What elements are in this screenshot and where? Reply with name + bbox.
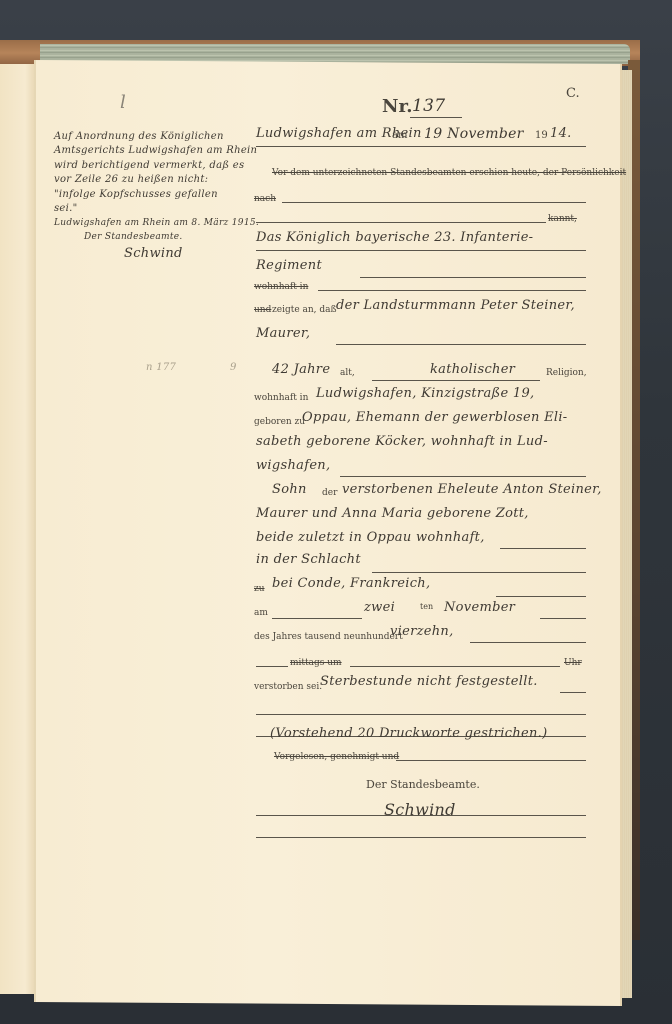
struck-vorgelesen: Vorgelesen, genehmigt und [274,752,399,762]
death-year: vierzehn, [390,624,454,639]
margin-note-line-4: vor Zeile 26 zu heißen nicht: [54,173,244,187]
margin-note-line-1: Auf Anordnung des Königlichen [54,130,244,144]
entry-number: 137 [412,96,445,116]
margin-note-line-6: sei." [54,202,244,216]
margin-note-line-2: Amtsgerichts Ludwigshafen am Rhein [54,144,244,158]
zeigte-label: zeigte an, daß [272,305,337,315]
struck-line: Vor dem unterzeichneten Standesbeamten e… [272,168,626,178]
register-date: 19 November [424,126,524,142]
entry-number-label: Nr. [382,96,413,117]
religion-label: Religion, [546,368,587,378]
official-title: Der Standesbeamte. [366,778,480,791]
born-line-2: sabeth geborene Köcker, wohnhaft in Lud- [256,434,548,449]
year-prefix: 19 [535,130,548,141]
death-day-suffix: ten [420,602,433,611]
date-prefix: am [392,130,407,141]
religion-value: katholischer [430,362,515,377]
parents-sohn: Sohn [272,482,307,497]
parents-line-2: Maurer und Anna Maria geborene Zott, [256,506,529,521]
death-day: zwei [364,600,395,615]
margin-note-line-5: "infolge Kopfschusses gefallen [54,188,244,202]
age-suffix: alt, [340,368,355,378]
born-label: geboren zu [254,417,305,427]
margin-mark: l [120,92,126,113]
zu-label: zu [254,584,265,594]
residence-value: Ludwigshafen, Kinzigstraße 19, [316,386,535,401]
pencil-mark: 9 [230,362,237,373]
am-label: am [254,608,268,618]
struck-und: und [254,305,271,315]
born-line-3: wigshafen, [256,458,330,473]
death-location: bei Conde, Frankreich, [272,576,430,591]
struck-nach: nach [254,194,276,204]
margin-note-signature: Schwind [54,244,244,264]
pencil-number: n 177 [146,362,176,373]
died-label: verstorben sei. [254,682,322,692]
age-value: 42 Jahre [272,362,330,377]
margin-note-date: Ludwigshafen am Rhein am 8. März 1915. [54,216,244,230]
margin-note-line-3: wird berichtigend vermerkt, daß es [54,159,244,173]
parents-line-3: beide zuletzt in Oppau wohnhaft, [256,530,485,545]
parents-line-1: verstorbenen Eheleute Anton Steiner, [342,482,602,497]
deceased-line-2: Maurer, [256,326,310,341]
death-place-line: in der Schlacht [256,552,361,567]
margin-note: Auf Anordnung des Königlichen Amtsgerich… [54,130,244,264]
struck-mittags: mittags um [290,658,342,668]
parents-der: der [322,488,337,498]
year-suffix: 14. [550,126,572,141]
year-label: des Jahres tausend neunhundert [254,632,403,642]
residence-label: wohnhaft in [254,393,308,403]
struck-wohnhaft: wohnhaft in [254,282,308,292]
margin-note-official: Der Standesbeamte. [54,230,244,244]
previous-page-edge [0,64,36,994]
death-month: November [444,600,515,615]
official-signature: Schwind [384,800,456,819]
deceased-line-1: der Landsturmmann Peter Steiner, [336,298,575,313]
informant-line-2: Regiment [256,258,322,273]
informant-line-1: Das Königlich bayerische 23. Infanterie- [256,230,533,245]
deletion-note: (Vorstehend 20 Druckworte gestrichen.) [270,726,547,741]
death-time: Sterbestunde nicht festgestellt. [320,674,538,689]
struck-uhr: Uhr [564,658,582,668]
struck-kannt: kannt, [548,214,577,224]
born-line-1: Oppau, Ehemann der gewerblosen Eli- [302,410,568,425]
page-letter: C. [566,86,580,101]
